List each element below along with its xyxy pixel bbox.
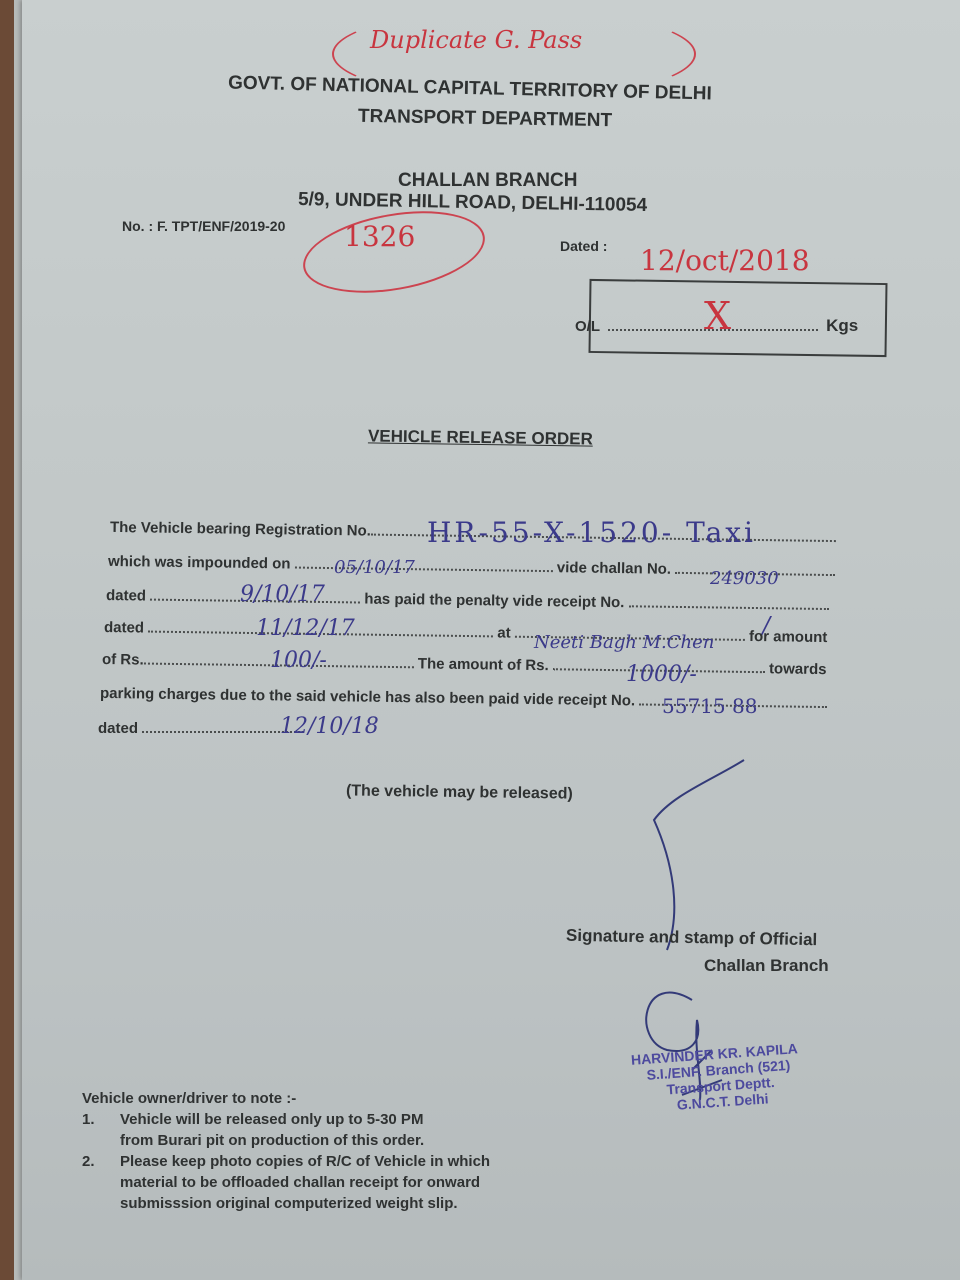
reference-no-handwritten: 1326 (344, 220, 415, 253)
signature-label-1: Signature and stamp of Official (566, 926, 818, 950)
for-amount-label: for amount (749, 628, 828, 646)
impounded-label: which was impounded on (108, 553, 291, 573)
challan-label: vide challan No. (557, 559, 671, 578)
reg-label: The Vehicle bearing Registration No. (110, 519, 371, 540)
dated1-line: dated has paid the penalty vide receipt … (106, 587, 829, 614)
dated2-label: dated (104, 619, 144, 637)
at-value: Neeti Bagh M.Chen (534, 632, 714, 653)
note-text: from Burari pit on production of this or… (120, 1130, 424, 1151)
penalty-dots (629, 605, 829, 610)
duplicate-pass-annotation: Duplicate G. Pass (370, 26, 582, 54)
overload-label-text: O/L (575, 318, 600, 335)
amount-label: The amount of Rs. (418, 655, 549, 674)
overload-unit: Kgs (826, 316, 858, 335)
dated-handwritten: 12/oct/2018 (640, 244, 810, 277)
dated2-value: 11/12/17 (256, 616, 355, 641)
note-text: submisssion original computerized weight… (120, 1193, 490, 1214)
dated3-value: 12/10/18 (280, 714, 379, 739)
header-branch: CHALLAN BRANCH (398, 170, 577, 192)
dated2-line: dated at for amount (104, 619, 828, 646)
note-text: material to be offloaded challan receipt… (120, 1172, 490, 1193)
notes-heading: Vehicle owner/driver to note :- (82, 1088, 490, 1109)
note-item-1: 1. Vehicle will be released only up to 5… (82, 1109, 490, 1151)
dated-label: Dated : (560, 238, 607, 254)
parking-label: parking charges due to the said vehicle … (100, 685, 635, 709)
of-rs-value: 100/- (270, 648, 327, 673)
penalty-label: has paid the penalty vide receipt No. (364, 591, 624, 612)
dated1-value: 9/10/17 (240, 582, 325, 607)
rs-line: of Rs. The amount of Rs. towards (102, 651, 827, 678)
note-text: Vehicle will be released only up to 5-30… (120, 1109, 424, 1130)
notes-section: Vehicle owner/driver to note :- 1. Vehic… (82, 1088, 490, 1214)
dated1-label: dated (106, 587, 146, 605)
dated3-line: dated (98, 720, 304, 737)
document-title: VEHICLE RELEASE ORDER (368, 426, 593, 449)
impounded-value: 05/10/17 (334, 557, 415, 578)
towards-label: towards (769, 660, 827, 678)
header-department: TRANSPORT DEPARTMENT (358, 106, 612, 132)
release-order-document: Duplicate G. Pass GOVT. OF NATIONAL CAPI… (22, 0, 960, 1280)
reg-value: HR-55-X-1520- Taxi (427, 516, 756, 549)
overload-value-handwritten: X (704, 294, 731, 338)
note-number: 2. (82, 1151, 120, 1214)
challan-value: 249030 (710, 568, 779, 589)
note-text: Please keep photo copies of R/C of Vehic… (120, 1151, 490, 1172)
header-address: 5/9, UNDER HILL ROAD, DELHI-110054 (298, 189, 647, 217)
note-item-2: 2. Please keep photo copies of R/C of Ve… (82, 1151, 490, 1214)
at-label: at (497, 624, 511, 641)
note-number: 1. (82, 1109, 120, 1151)
of-rs-label: of Rs. (102, 651, 144, 669)
dated3-label: dated (98, 720, 138, 737)
signature-label-2: Challan Branch (704, 956, 829, 976)
parking-receipt-value: 55715 88 (662, 694, 757, 718)
amount-value: 1000/- (626, 662, 697, 687)
reference-no-label: No. : F. TPT/ENF/2019-20 (122, 218, 285, 234)
release-note: (The vehicle may be released) (346, 782, 573, 803)
